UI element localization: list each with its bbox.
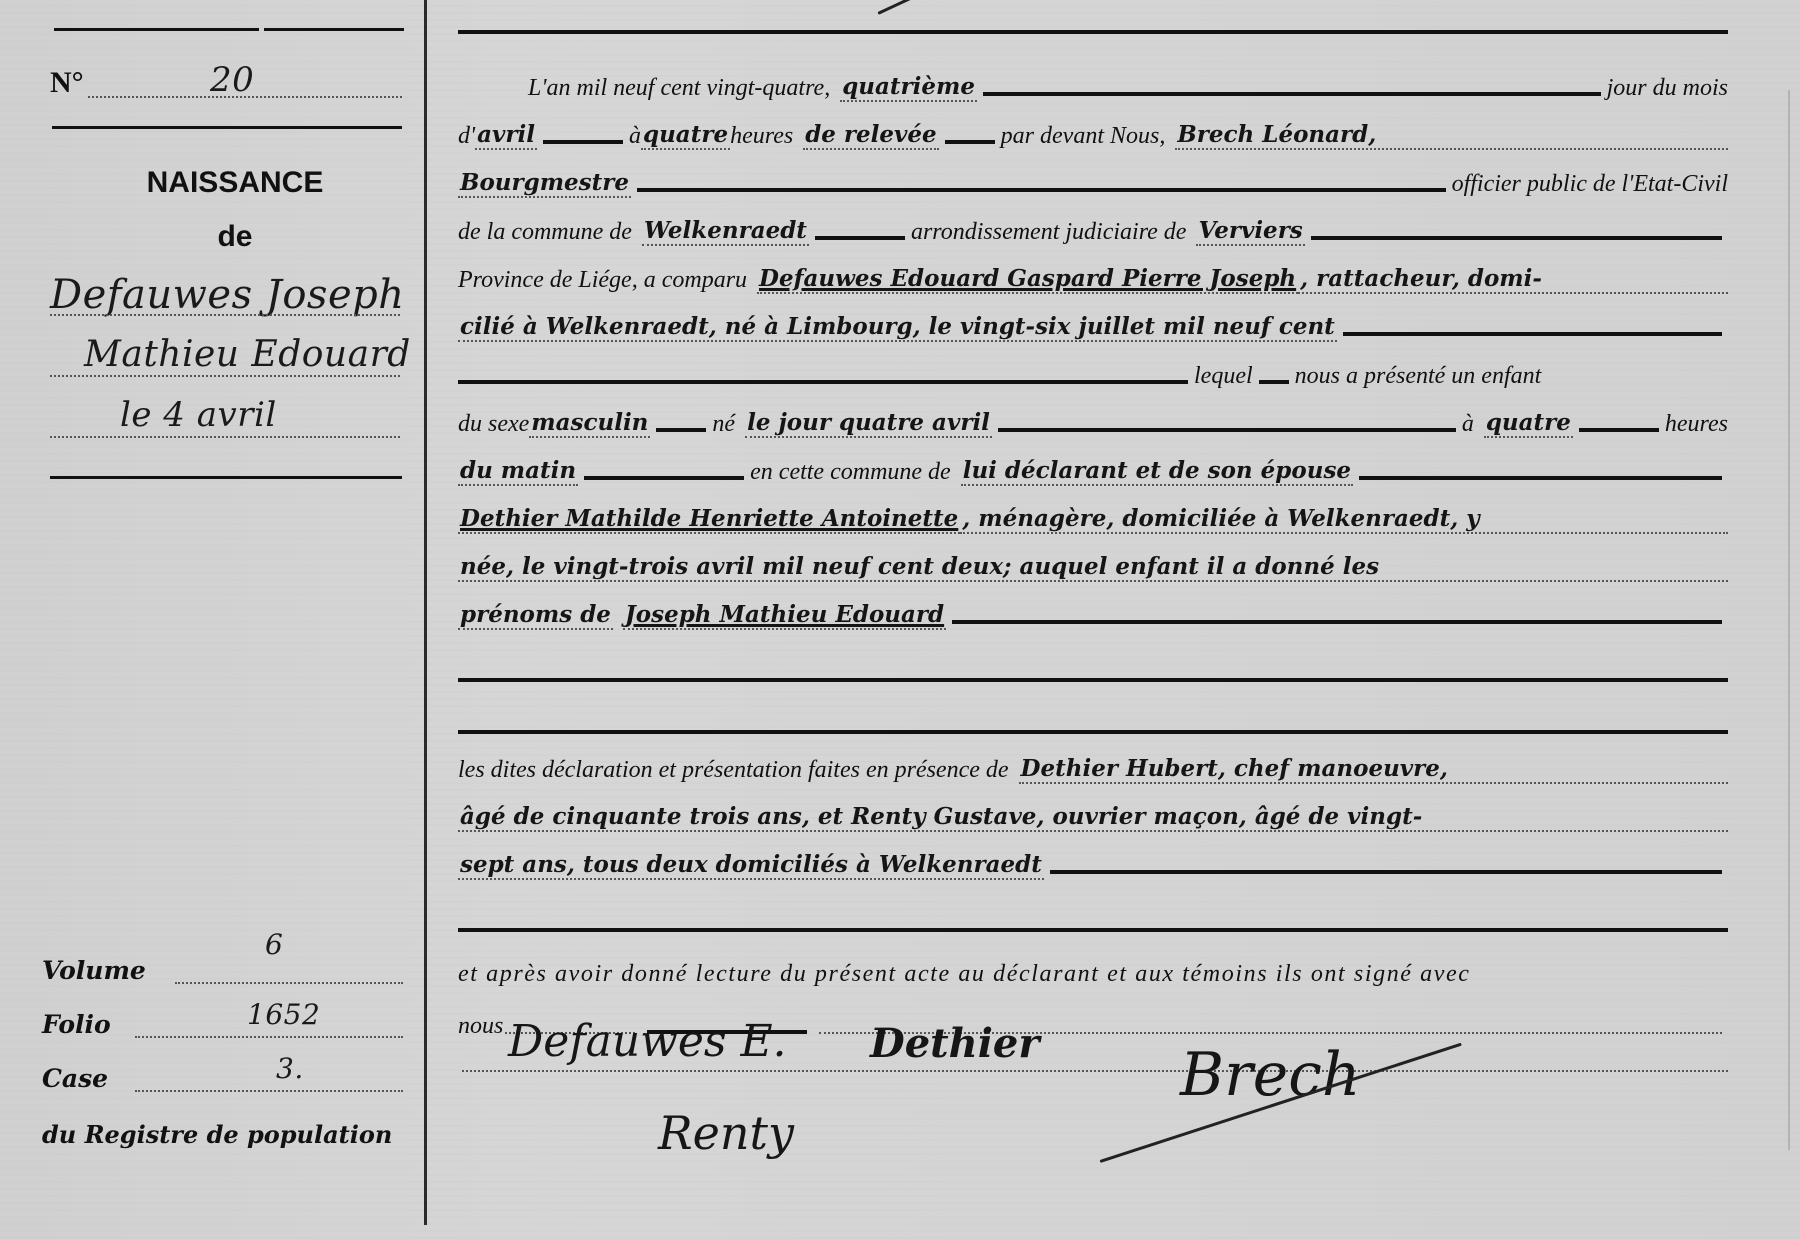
record-type-sub: de (70, 220, 400, 254)
top-rule-left (54, 28, 259, 31)
printed-text: né (712, 411, 735, 438)
subject-name-line-2: Mathieu Edouard (84, 334, 411, 375)
act-line-6: cilié à Welkenraedt, né à Limbourg, le v… (458, 306, 1728, 342)
handwritten-mother-name: Dethier Mathilde Henriette Antoinette (458, 505, 960, 534)
subject-dotline-3 (50, 436, 400, 438)
fill-line (1579, 428, 1659, 432)
fill-line (1359, 476, 1722, 480)
printed-text: heures (730, 123, 793, 150)
signature-witness-2: Renty (658, 1106, 794, 1160)
printed-text: les dites déclaration et présentation fa… (458, 757, 1009, 784)
printed-text: officier public de l'Etat-Civil (1452, 171, 1728, 198)
folio-label: Folio (42, 1010, 111, 1039)
subject-dotline-2 (50, 375, 400, 377)
column-divider (424, 0, 427, 1225)
act-line-8: du sexe masculin né le jour quatre avril… (458, 402, 1728, 438)
volume-dotline (175, 982, 403, 984)
act-line-14: âgé de cinquante trois ans, et Renty Gus… (458, 796, 1728, 832)
handwritten-month: avril (475, 121, 537, 150)
handwritten-hour: quatre (641, 121, 730, 150)
handwritten-witness-residence: sept ans, tous deux domiciliés à Welkenr… (458, 851, 1044, 880)
handwritten-district: Verviers (1196, 217, 1304, 246)
fill-line (998, 428, 1456, 432)
blank-rule-2 (458, 730, 1728, 734)
act-line-2: d' avril à quatre heures de relevée par … (458, 114, 1728, 150)
signature-witness-1: Dethier (870, 1020, 1039, 1067)
fill-line (458, 380, 1188, 384)
act-line-13: les dites déclaration et présentation fa… (458, 748, 1728, 784)
signature-officer: Brech (1180, 1040, 1361, 1110)
fill-line (1259, 380, 1289, 384)
act-line-4: de la commune de Welkenraedt arrondissem… (458, 210, 1728, 246)
fill-line (656, 428, 706, 432)
printed-text: du sexe (458, 411, 529, 438)
signature-dotline (462, 1070, 1728, 1072)
handwritten-given-names-label: prénoms de (458, 601, 613, 630)
act-top-rule (458, 30, 1728, 34)
handwritten-mother-birth: née, le vingt-trois avril mil neuf cent … (458, 553, 1728, 582)
act-line-3: Bourgmestre officier public de l'Etat-Ci… (458, 162, 1728, 198)
handwritten-occupation: , rattacheur, domi- (1298, 265, 1728, 294)
printed-text: arrondissement judiciaire de (911, 219, 1187, 246)
case-dotline (135, 1090, 403, 1092)
printed-text: L'an mil neuf cent vingt-quatre, (528, 75, 830, 102)
fill-line (637, 188, 1446, 192)
number-label: N° (50, 66, 84, 100)
volume-label: Volume (42, 956, 146, 985)
folio-dotline (135, 1036, 403, 1038)
handwritten-title: Bourgmestre (458, 169, 631, 198)
handwritten-birth-hour: quatre (1484, 409, 1573, 438)
handwritten-morning: du matin (458, 457, 578, 486)
printed-text: de la commune de (458, 219, 632, 246)
handwritten-declarant-name: Defauwes Edouard Gaspard Pierre Joseph (757, 265, 1298, 294)
act-line-15: sept ans, tous deux domiciliés à Welkenr… (458, 844, 1728, 880)
blank-rule-1 (458, 678, 1728, 682)
handwritten-day: quatrième (840, 73, 977, 102)
act-line-10: Dethier Mathilde Henriette Antoinette , … (458, 498, 1728, 534)
subject-date: le 4 avril (120, 395, 277, 435)
fill-line (1311, 236, 1722, 240)
fill-line (983, 92, 1601, 96)
act-line-12: prénoms de Joseph Mathieu Edouard (458, 594, 1728, 630)
printed-text: nous a présenté un enfant (1295, 363, 1542, 390)
fill-line (945, 140, 995, 144)
signature-declarant: Defauwes E. (508, 1016, 787, 1067)
handwritten-declarant-details: cilié à Welkenraedt, né à Limbourg, le v… (458, 313, 1337, 342)
page-edge (1788, 90, 1796, 1150)
case-label: Case (42, 1064, 108, 1093)
fill-line (815, 236, 905, 240)
printed-text: heures (1665, 411, 1728, 438)
registry-footer: du Registre de population (42, 1120, 392, 1149)
handwritten-child-given-names: Joseph Mathieu Edouard (623, 601, 946, 630)
top-rule-right (264, 28, 404, 31)
fill-line (584, 476, 744, 480)
printed-text: à (1462, 411, 1474, 438)
record-type-heading: NAISSANCE (70, 166, 400, 200)
handwritten-officer-name: Brech Léonard, (1175, 121, 1728, 150)
act-line-5: Province de Liége, a comparu Defauwes Ed… (458, 258, 1728, 294)
printed-text: par devant Nous, (1001, 123, 1166, 150)
printed-text: le (1194, 363, 1211, 390)
printed-text: quel (1211, 363, 1252, 390)
subject-dotline-1 (50, 314, 400, 316)
blank-rule-3 (458, 928, 1728, 932)
number-value: 20 (210, 60, 254, 100)
act-line-7: le quel nous a présenté un enfant (458, 354, 1728, 390)
handwritten-time-of-day: de relevée (803, 121, 938, 150)
handwritten-sex: masculin (529, 409, 650, 438)
subject-rule (50, 476, 402, 479)
handwritten-birth-date: le jour quatre avril (745, 409, 992, 438)
act-line-1: L'an mil neuf cent vingt-quatre, quatriè… (458, 66, 1728, 102)
printed-text: d' (458, 123, 475, 150)
printed-text: à (629, 123, 641, 150)
case-value: 3. (276, 1052, 304, 1085)
printed-text: et après avoir donné lecture du présent … (458, 961, 1471, 988)
volume-value: 6 (265, 928, 283, 961)
handwritten-commune: Welkenraedt (642, 217, 809, 246)
handwritten-witness-2: âgé de cinquante trois ans, et Renty Gus… (458, 803, 1728, 832)
folio-value: 1652 (247, 998, 320, 1031)
handwritten-mother-details: , ménagère, domiciliée à Welkenraedt, y (960, 505, 1728, 534)
fill-line (543, 140, 623, 144)
subject-name-line-1: Defauwes Joseph (50, 272, 405, 318)
handwritten-witness-1: Dethier Hubert, chef manoeuvre, (1019, 755, 1728, 784)
fill-line (1343, 332, 1722, 336)
number-rule (52, 126, 402, 129)
printed-text: nous (458, 1013, 503, 1040)
act-line-11: née, le vingt-trois avril mil neuf cent … (458, 546, 1728, 582)
number-dotline (88, 96, 402, 98)
printed-text: jour du mois (1607, 75, 1728, 102)
fill-line (1050, 870, 1722, 874)
act-line-16: et après avoir donné lecture du présent … (458, 952, 1728, 988)
act-line-9: du matin en cette commune de lui déclara… (458, 450, 1728, 486)
printed-text: en cette commune de (750, 459, 951, 486)
handwritten-relation: lui déclarant et de son épouse (961, 457, 1353, 486)
fill-line (952, 620, 1722, 624)
printed-text: Province de Liége, a comparu (458, 267, 747, 294)
